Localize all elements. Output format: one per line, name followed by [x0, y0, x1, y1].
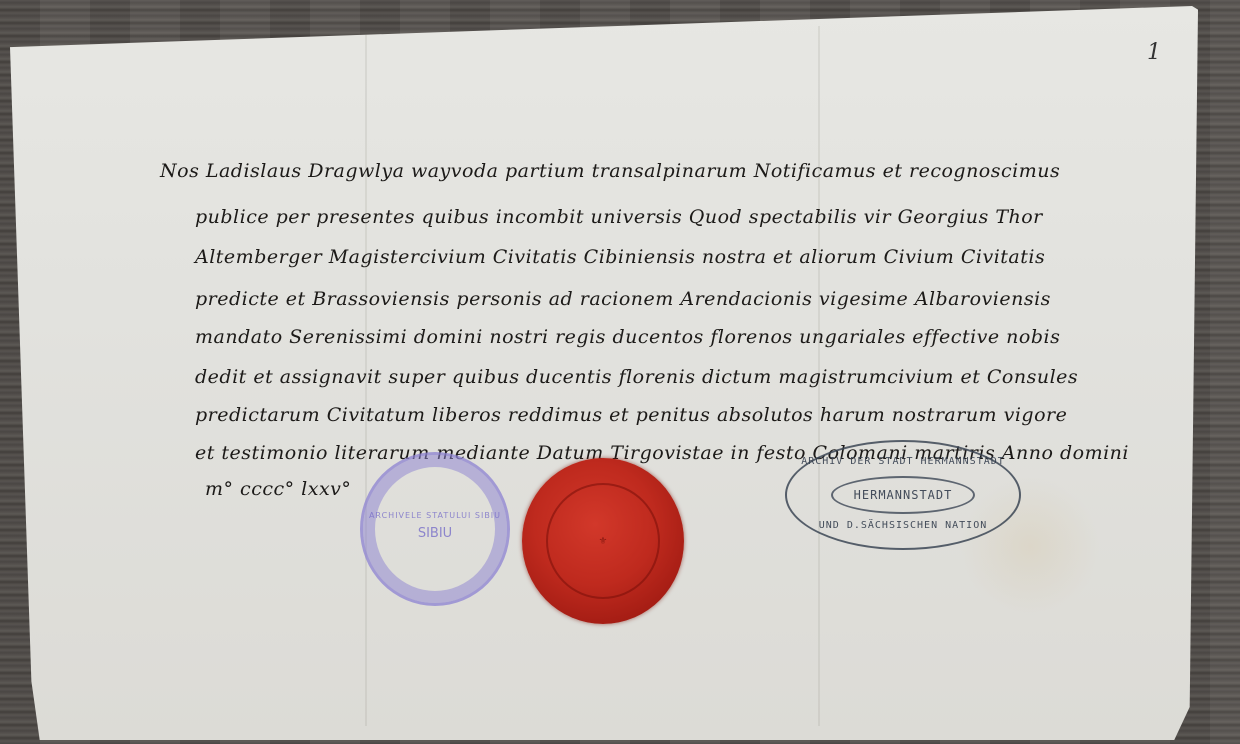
text-line: publice per presentes quibus incombit un…: [195, 206, 1043, 228]
stamp-middle-text: HERMANNSTADT: [831, 476, 975, 514]
text-line: m° cccc° lxxv°: [205, 478, 351, 500]
text-line: Nos Ladislaus Dragwlya wayvoda partium t…: [160, 160, 1060, 182]
text-line: dedit et assignavit super quibus ducenti…: [195, 366, 1078, 388]
text-line: mandato Serenissimi domini nostri regis …: [195, 326, 1060, 348]
wax-seal-emblem: ⚜: [546, 483, 660, 599]
stamp-bottom-text: UND D.SÄCHSISCHEN NATION: [787, 520, 1019, 531]
stamp-top-text: ARCHIV DER STADT HERMANNSTADT: [787, 456, 1019, 467]
red-wax-seal: ⚜: [522, 458, 684, 624]
purple-archive-stamp: ARCHIVELE STATULUI SIBIU SIBIU: [360, 452, 510, 606]
stamp-ring-text: ARCHIVELE STATULUI SIBIU: [369, 511, 501, 520]
text-line: predicte et Brassoviensis personis ad ra…: [195, 288, 1051, 310]
text-line: Altemberger Magistercivium Civitatis Cib…: [195, 246, 1045, 268]
manuscript-text: Nos Ladislaus Dragwlya wayvoda partium t…: [0, 0, 1240, 744]
stamp-center-text: SIBIU: [418, 526, 452, 541]
hermannstadt-archive-stamp: ARCHIV DER STADT HERMANNSTADT HERMANNSTA…: [785, 440, 1021, 550]
text-line: predictarum Civitatum liberos reddimus e…: [195, 404, 1067, 426]
wax-seal-label: ⚜: [599, 536, 608, 547]
